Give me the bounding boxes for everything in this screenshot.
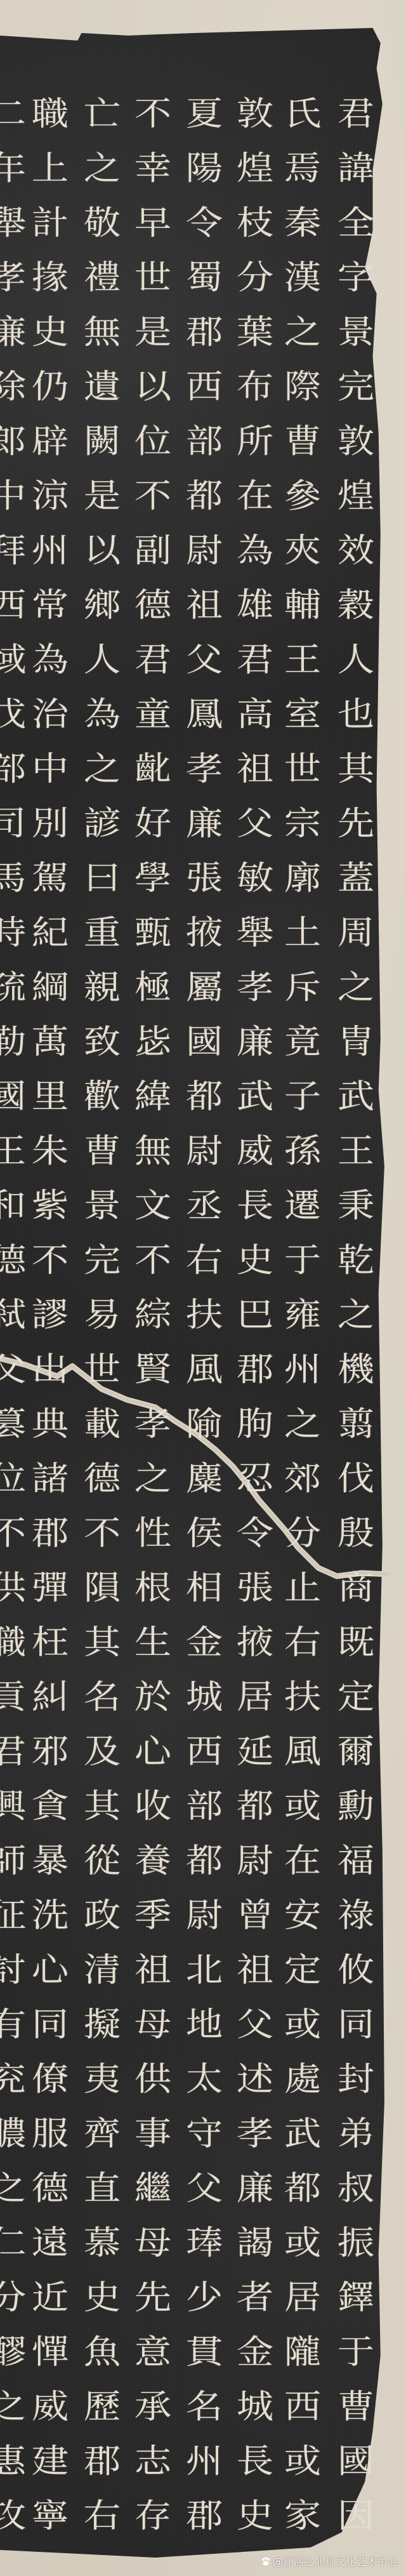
inscription-character: 二 (0, 93, 31, 135)
inscription-character: 甄 (129, 912, 176, 954)
inscription-character: 完 (332, 366, 379, 408)
inscription-character: 郡 (27, 1513, 74, 1555)
inscription-character: 風 (181, 1349, 228, 1391)
inscription-character: 馬 (0, 858, 31, 900)
inscription-character: 史 (79, 2277, 126, 2319)
inscription-character: 繼 (129, 2168, 176, 2210)
inscription-character: 父 (232, 2004, 278, 2046)
inscription-character: 勒 (0, 1021, 31, 1063)
inscription-character: 不 (0, 1513, 31, 1555)
inscription-character: 涼 (27, 475, 74, 517)
inscription-character: 歡 (79, 1076, 126, 1118)
inscription-character: 掾 (27, 257, 74, 299)
inscription-character: 禮 (79, 257, 126, 299)
inscription-character: 祿 (332, 1895, 379, 1937)
inscription-character: 是 (79, 475, 126, 517)
inscription-character: 雍 (279, 1294, 326, 1336)
inscription-character: 中 (0, 475, 31, 517)
inscription-character: 張 (232, 1567, 278, 1609)
inscription-character: 憚 (27, 2332, 74, 2374)
inscription-character: 名 (79, 1676, 126, 1718)
inscription-character: 為 (79, 694, 126, 736)
inscription-character: 王 (0, 1131, 31, 1172)
inscription-character: 廓 (279, 858, 326, 900)
inscription-character: 興 (0, 1786, 31, 1828)
inscription-character: 心 (129, 1731, 176, 1773)
inscription-character: 州 (181, 2441, 228, 2483)
watermark-text: @江涵之北京文化艺术中心 (273, 2554, 398, 2568)
inscription-character: 性 (129, 1513, 176, 1555)
inscription-character: 諺 (79, 803, 126, 845)
inscription-character: 家 (279, 2495, 326, 2537)
inscription-character: 之 (332, 967, 379, 1009)
inscription-character: 之 (0, 2168, 31, 2210)
inscription-character: 扶 (181, 1294, 228, 1336)
inscription-character: 氏 (279, 93, 326, 135)
inscription-character: 鳳 (181, 694, 228, 736)
inscription-character: 以 (79, 530, 126, 572)
inscription-character: 守 (181, 2113, 228, 2155)
inscription-character: 攸 (332, 1949, 379, 1991)
inscription-character: 和 (0, 1185, 31, 1227)
inscription-character: 君 (232, 639, 278, 681)
inscription-character: 全 (332, 202, 379, 244)
inscription-character: 之 (129, 1458, 176, 1500)
inscription-character: 枝 (232, 202, 278, 244)
inscription-character: 西 (279, 2386, 326, 2428)
inscription-character: 長 (232, 2441, 278, 2483)
inscription-character: 世 (79, 1349, 126, 1391)
inscription-character: 別 (27, 803, 74, 845)
inscription-character: 事 (129, 2113, 176, 2155)
inscription-character: 域 (0, 639, 31, 681)
inscription-character: 郡 (79, 2441, 126, 2483)
inscription-character: 西 (181, 1731, 228, 1773)
inscription-character: 西 (181, 366, 228, 408)
inscription-character: 有 (0, 2004, 31, 2046)
inscription-character: 長 (232, 1185, 278, 1227)
inscription-character: 於 (129, 1676, 176, 1718)
inscription-character: 廉 (232, 2168, 278, 2210)
inscription-character: 王 (332, 1131, 379, 1172)
inscription-character: 彈 (27, 1567, 74, 1609)
inscription-character: 屬 (181, 967, 228, 1009)
inscription-character: 諱 (332, 148, 379, 190)
inscription-character: 州 (279, 1349, 326, 1391)
inscription-character: 僚 (27, 2059, 74, 2101)
inscription-character: 述 (232, 2059, 278, 2101)
inscription-character: 威 (27, 2386, 74, 2428)
inscription-character: 右 (79, 2495, 126, 2537)
inscription-character: 西 (0, 585, 31, 627)
inscription-character: 尉 (181, 530, 228, 572)
inscription-character: 蓋 (332, 858, 379, 900)
inscription-character: 郡 (181, 312, 228, 354)
inscription-character: 穀 (332, 585, 379, 627)
inscription-character: 職 (27, 93, 74, 135)
inscription-character: 煌 (332, 475, 379, 517)
inscription-character: 君 (129, 639, 176, 681)
inscription-character: 秦 (279, 202, 326, 244)
inscription-character: 出 (27, 1349, 74, 1391)
inscription-character: 父 (181, 2168, 228, 2210)
inscription-character: 供 (129, 2059, 176, 2101)
inscription-character: 者 (232, 2277, 278, 2319)
inscription-character: 祖 (129, 1949, 176, 1991)
inscription-character: 遺 (79, 366, 126, 408)
inscription-character: 存 (129, 2495, 176, 2537)
inscription-character: 尉 (181, 1131, 228, 1172)
inscription-character: 于 (332, 2332, 379, 2374)
inscription-character: 振 (332, 2222, 379, 2264)
inscription-character: 季 (129, 1895, 176, 1937)
inscription-character: 國 (332, 2441, 379, 2483)
inscription-character: 好 (129, 803, 176, 845)
inscription-character: 除 (0, 366, 31, 408)
inscription-character: 或 (279, 2441, 326, 2483)
inscription-character: 兖 (0, 2059, 31, 2101)
inscription-character: 攻 (0, 2495, 31, 2537)
inscription-character: 時 (0, 912, 31, 954)
inscription-character: 于 (279, 1240, 326, 1282)
inscription-character: 辟 (27, 421, 74, 463)
inscription-character: 也 (332, 694, 379, 736)
inscription-character: 弒 (0, 1294, 31, 1336)
inscription-character: 居 (232, 1676, 278, 1718)
inscription-character: 遷 (279, 1185, 326, 1227)
inscription-character: 名 (181, 2386, 228, 2428)
inscription-character: 史 (27, 312, 74, 354)
inscription-character: 右 (279, 1622, 326, 1664)
inscription-character: 或 (279, 1786, 326, 1828)
inscription-character: 謬 (27, 1294, 74, 1336)
inscription-character: 冑 (332, 1021, 379, 1063)
inscription-character: 麋 (181, 1458, 228, 1500)
inscription-character: 根 (129, 1567, 176, 1609)
inscription-character: 司 (0, 803, 31, 845)
inscription-character: 位 (0, 1458, 31, 1500)
inscription-character: 童 (129, 694, 176, 736)
inscription-character: 常 (27, 585, 74, 627)
inscription-character: 隴 (279, 2332, 326, 2374)
inscription-character: 世 (129, 257, 176, 299)
inscription-character: 仁 (0, 2222, 31, 2264)
inscription-character: 因 (332, 2495, 379, 2537)
inscription-character: 諸 (27, 1458, 74, 1500)
inscription-character: 史 (232, 2495, 278, 2537)
inscription-character: 歷 (79, 2386, 126, 2428)
inscription-character: 孫 (279, 1131, 326, 1172)
inscription-character: 為 (27, 639, 74, 681)
inscription-character: 從 (79, 1840, 126, 1882)
inscription-character: 漢 (279, 257, 326, 299)
inscription-character: 夏 (181, 93, 228, 135)
inscription-character: 弟 (332, 2113, 379, 2155)
inscription-character: 王 (279, 639, 326, 681)
inscription-character: 竟 (279, 1021, 326, 1063)
inscription-character: 極 (129, 967, 176, 1009)
inscription-character: 德 (27, 2168, 74, 2210)
inscription-character: 定 (279, 1949, 326, 1991)
inscription-character: 掖 (232, 1622, 278, 1664)
inscription-character: 典 (27, 1404, 74, 1445)
inscription-character: 景 (79, 1185, 126, 1227)
inscription-character: 致 (79, 1021, 126, 1063)
inscription-character: 際 (279, 366, 326, 408)
inscription-character: 敦 (232, 93, 278, 135)
inscription-character: 收 (129, 1786, 176, 1828)
inscription-character: 右 (181, 1240, 228, 1282)
inscription-character: 部 (0, 748, 31, 790)
inscription-character: 布 (232, 366, 278, 408)
inscription-character: 斥 (279, 967, 326, 1009)
inscription-character: 掖 (181, 912, 228, 954)
inscription-character: 居 (279, 2277, 326, 2319)
inscription-character: 叔 (332, 2168, 379, 2210)
inscription-character: 擬 (79, 2004, 126, 2046)
inscription-character: 醪 (0, 2332, 31, 2374)
inscription-character: 貪 (27, 1786, 74, 1828)
inscription-character: 金 (181, 1622, 228, 1664)
inscription-character: 之 (279, 312, 326, 354)
inscription-character: 之 (79, 748, 126, 790)
inscription-character: 參 (279, 475, 326, 517)
inscription-character: 朱 (27, 1131, 74, 1172)
inscription-character: 師 (0, 1840, 31, 1882)
inscription-character: 隕 (79, 1567, 126, 1609)
inscription-character: 敏 (232, 858, 278, 900)
inscription-character: 緯 (129, 1076, 176, 1118)
inscription-character: 曹 (332, 2386, 379, 2428)
inscription-character: 毖 (129, 1021, 176, 1063)
inscription-character: 孝 (129, 1404, 176, 1445)
inscription-character: 秉 (332, 1185, 379, 1227)
inscription-character: 其 (79, 1622, 126, 1664)
inscription-character: 城 (181, 1676, 228, 1718)
inscription-character: 駕 (27, 858, 74, 900)
inscription-character: 琫 (181, 2222, 228, 2264)
inscription-character: 闕 (79, 421, 126, 463)
inscription-character: 風 (279, 1731, 326, 1773)
inscription-character: 祖 (232, 748, 278, 790)
inscription-character: 蜀 (181, 257, 228, 299)
inscription-character: 篡 (0, 1404, 31, 1445)
inscription-character: 侯 (181, 1513, 228, 1555)
inscription-character: 在 (232, 475, 278, 517)
inscription-character: 其 (332, 748, 379, 790)
inscription-character: 鄉 (79, 585, 126, 627)
inscription-character: 宗 (279, 803, 326, 845)
inscription-character: 令 (232, 1513, 278, 1555)
inscription-character: 不 (79, 1513, 126, 1555)
inscription-character: 張 (181, 858, 228, 900)
inscription-character: 丞 (181, 1185, 228, 1227)
inscription-character: 部 (181, 1786, 228, 1828)
inscription-character: 年 (0, 148, 31, 190)
inscription-character: 景 (332, 312, 379, 354)
inscription-character: 文 (129, 1185, 176, 1227)
inscription-character: 扶 (279, 1676, 326, 1718)
inscription-character: 都 (279, 2168, 326, 2210)
inscription-character: 處 (279, 2059, 326, 2101)
inscription-character: 所 (232, 421, 278, 463)
inscription-character: 都 (232, 1786, 278, 1828)
inscription-character: 曹 (279, 421, 326, 463)
inscription-character: 討 (0, 1949, 31, 1991)
inscription-character: 之 (0, 2386, 31, 2428)
inscription-character: 治 (27, 694, 74, 736)
inscription-character: 君 (332, 93, 379, 135)
inscription-character: 中 (27, 748, 74, 790)
inscription-character: 定 (332, 1676, 379, 1718)
inscription-character: 遠 (27, 2222, 74, 2264)
inscription-character: 敬 (79, 202, 126, 244)
inscription-character: 舉 (0, 202, 31, 244)
inscription-character: 陽 (181, 148, 228, 190)
inscription-character: 近 (27, 2277, 74, 2319)
inscription-character: 其 (79, 1786, 126, 1828)
inscription-character: 早 (129, 202, 176, 244)
inscription-character: 機 (332, 1349, 379, 1391)
inscription-character: 都 (181, 475, 228, 517)
inscription-character: 枉 (27, 1622, 74, 1664)
inscription-character: 輔 (279, 585, 326, 627)
inscription-character: 載 (79, 1404, 126, 1445)
inscription-character: 戊 (0, 694, 31, 736)
inscription-character: 疏 (0, 967, 31, 1009)
inscription-character: 令 (181, 202, 228, 244)
inscription-character: 以 (129, 366, 176, 408)
inscription-character: 德 (129, 585, 176, 627)
inscription-character: 母 (129, 2004, 176, 2046)
inscription-character: 福 (332, 1840, 379, 1882)
inscription-character: 之 (79, 148, 126, 190)
inscription-character: 曰 (79, 858, 126, 900)
inscription-character: 商 (332, 1567, 379, 1609)
inscription-character: 孝 (181, 748, 228, 790)
inscription-character: 止 (279, 1567, 326, 1609)
inscription-character: 不 (129, 1240, 176, 1282)
inscription-character: 之 (332, 1294, 379, 1336)
inscription-character: 及 (79, 1731, 126, 1773)
inscription-character: 貫 (181, 2332, 228, 2374)
inscription-character: 國 (0, 1076, 31, 1118)
inscription-character: 尉 (181, 1895, 228, 1937)
inscription-character: 部 (181, 421, 228, 463)
inscription-character: 分 (0, 2277, 31, 2319)
inscription-character: 寧 (27, 2495, 74, 2537)
inscription-character: 雄 (232, 585, 278, 627)
inscription-character: 夾 (279, 530, 326, 572)
inscription-character: 征 (0, 1895, 31, 1937)
inscription-character: 子 (279, 1076, 326, 1118)
inscription-character: 舉 (232, 912, 278, 954)
inscription-character: 先 (129, 2277, 176, 2319)
inscription-character: 祖 (232, 1949, 278, 1991)
inscription-character: 同 (332, 2004, 379, 2046)
inscription-character: 夷 (79, 2059, 126, 2101)
inscription-character: 是 (129, 312, 176, 354)
inscription-character: 暴 (27, 1840, 74, 1882)
inscription-character: 乾 (332, 1240, 379, 1282)
inscription-character: 忍 (232, 1458, 278, 1500)
inscription-character: 完 (79, 1240, 126, 1282)
inscription-character: 計 (27, 202, 74, 244)
inscription-character: 城 (232, 2386, 278, 2428)
inscription-character: 糾 (27, 1676, 74, 1718)
inscription-character: 巴 (232, 1294, 278, 1336)
inscription-character: 都 (181, 1840, 228, 1882)
inscription-character: 副 (129, 530, 176, 572)
inscription-character: 朐 (232, 1404, 278, 1445)
inscription-character: 邪 (27, 1731, 74, 1773)
inscription-character: 北 (181, 1949, 228, 1991)
inscription-character: 殷 (332, 1513, 379, 1555)
inscription-character: 無 (129, 1131, 176, 1172)
inscription-character: 人 (332, 639, 379, 681)
inscription-character: 土 (279, 912, 326, 954)
inscription-character: 謁 (232, 2222, 278, 2264)
inscription-character: 萬 (27, 1021, 74, 1063)
inscription-character: 人 (79, 639, 126, 681)
inscription-character: 紀 (27, 912, 74, 954)
inscription-character: 或 (279, 2004, 326, 2046)
inscription-character: 或 (279, 2222, 326, 2264)
inscription-character: 綜 (129, 1294, 176, 1336)
inscription-character: 職 (0, 1622, 31, 1664)
inscription-character: 葉 (232, 312, 278, 354)
inscription-character: 國 (181, 1021, 228, 1063)
inscription-character: 不 (27, 1240, 74, 1282)
inscription-character: 為 (232, 530, 278, 572)
inscription-character: 綱 (27, 967, 74, 1009)
inscription-character: 齊 (79, 2113, 126, 2155)
inscription-character: 分 (279, 1513, 326, 1555)
inscription-character: 政 (79, 1895, 126, 1937)
inscription-character: 伐 (332, 1458, 379, 1500)
inscription-character: 仍 (27, 366, 74, 408)
inscription-character: 延 (232, 1731, 278, 1773)
inscription-character: 同 (27, 2004, 74, 2046)
inscription-character: 貢 (0, 1676, 31, 1718)
inscription-character: 孝 (232, 2113, 278, 2155)
inscription-character: 里 (27, 1076, 74, 1118)
inscription-character: 學 (129, 858, 176, 900)
inscription-character: 尉 (232, 1840, 278, 1882)
inscription-character: 效 (332, 530, 379, 572)
inscription-character: 幸 (129, 148, 176, 190)
inscription-character: 安 (279, 1895, 326, 1937)
inscription-character: 周 (332, 912, 379, 954)
inscription-character: 少 (181, 2277, 228, 2319)
inscription-character: 郊 (279, 1458, 326, 1500)
inscription-character: 君 (0, 1731, 31, 1773)
inscription-character: 德 (79, 1458, 126, 1500)
inscription-character: 無 (79, 312, 126, 354)
inscription-character: 爾 (332, 1731, 379, 1773)
inscription-character: 曹 (79, 1131, 126, 1172)
inscription-character: 不 (129, 93, 176, 135)
inscription-character: 位 (129, 421, 176, 463)
inscription-character: 鐸 (332, 2277, 379, 2319)
inscription-character: 廉 (232, 1021, 278, 1063)
inscription-character: 隃 (181, 1404, 228, 1445)
inscription-character: 父 (0, 1349, 31, 1391)
inscription-character: 郡 (232, 1349, 278, 1391)
inscription-character: 武 (332, 1076, 379, 1118)
inscription-character: 志 (129, 2441, 176, 2483)
inscription-character: 拜 (0, 530, 31, 572)
